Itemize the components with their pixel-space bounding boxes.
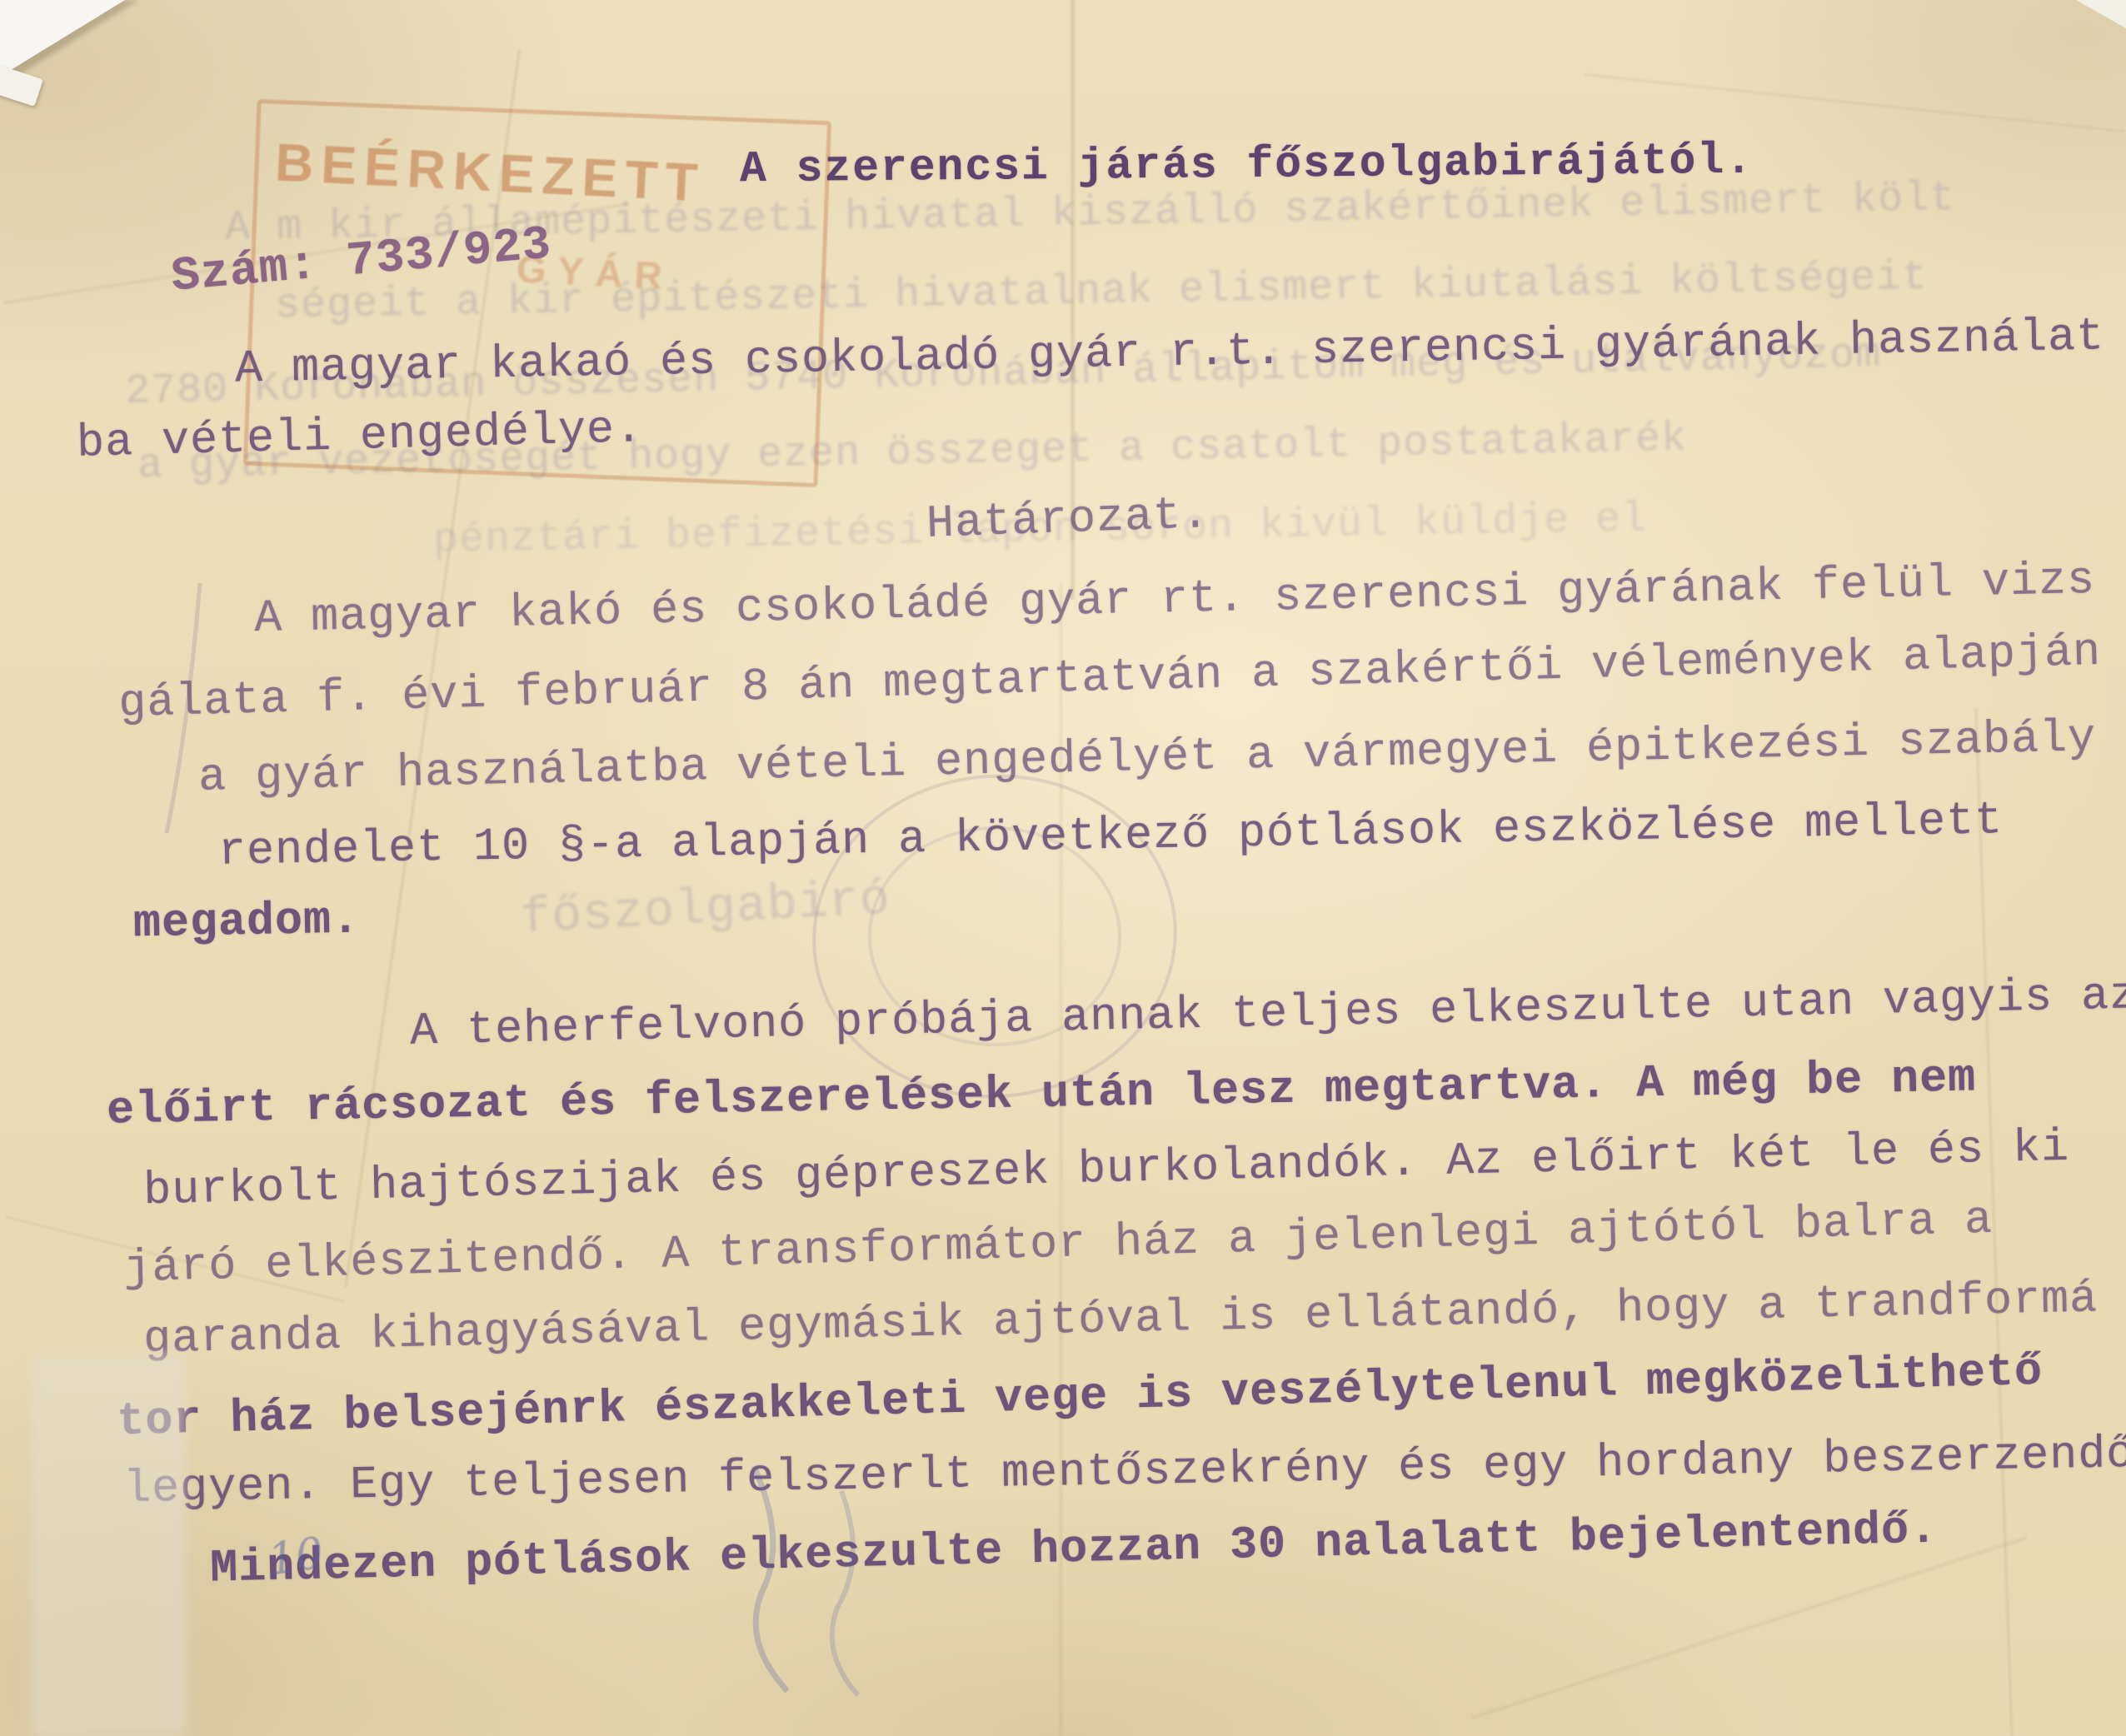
torn-corner	[0, 0, 125, 77]
fold-crease	[1584, 72, 2124, 134]
document-scan: A m kir államépitészeti hivatal kiszálló…	[0, 0, 2126, 1736]
corner-fold	[2076, 0, 2126, 28]
typed-line: megadom.	[132, 894, 360, 950]
typed-line: tor ház belsejénrk északkeleti vege is v…	[117, 1345, 2044, 1449]
typed-line: A magyar kakó és csokoládé gyár rt. szer…	[254, 554, 2096, 645]
pencil-note: 10.	[265, 1527, 340, 1586]
typed-line: Mindezen pótlások elkeszulte hozzan 30 n…	[210, 1503, 1939, 1594]
typed-line: a gyár használatba vételi engedélyét a v…	[198, 711, 2097, 804]
decision-heading: Határozat.	[926, 488, 1210, 551]
typed-line: A teherfelvonó próbája annak teljes elke…	[410, 969, 2126, 1057]
paper-patch	[32, 1354, 186, 1736]
typed-line: legyen. Egy teljesen felszerlt mentőszek…	[123, 1428, 2126, 1515]
document-title: A szerencsi járás főszolgabirájától.	[740, 136, 1754, 195]
